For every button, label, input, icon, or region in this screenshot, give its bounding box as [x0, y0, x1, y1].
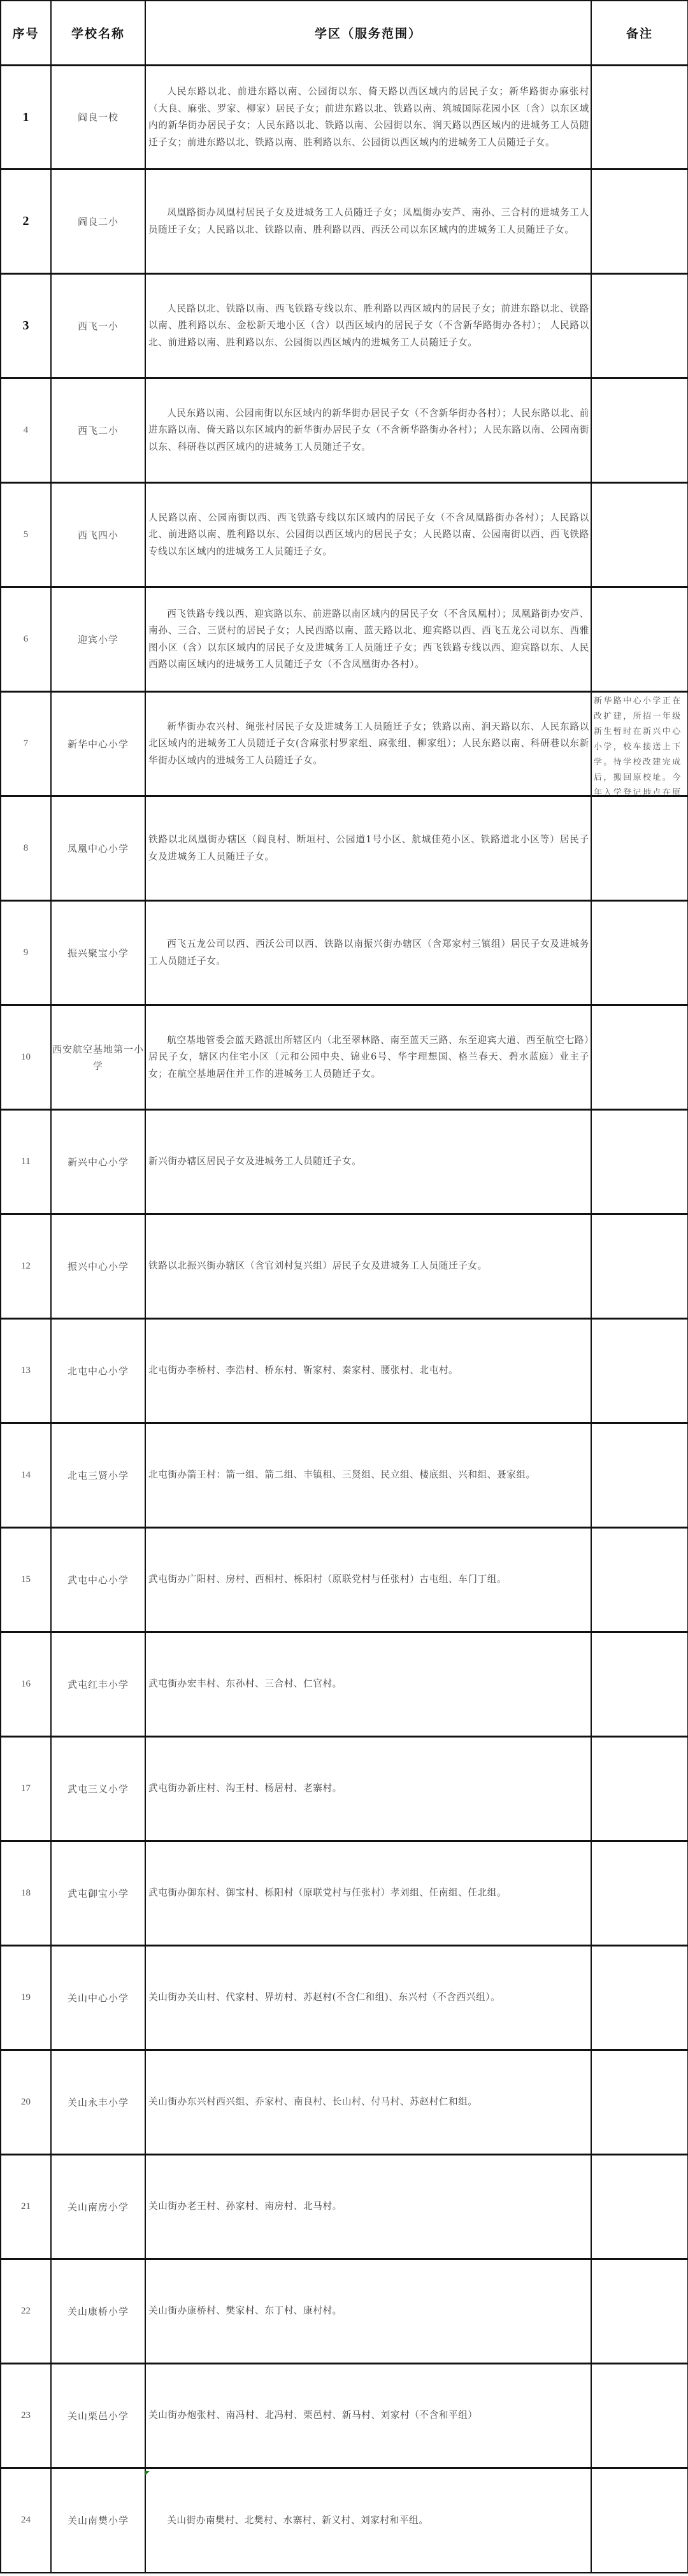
remark-cell [591, 901, 688, 1005]
row-number: 8 [1, 796, 51, 901]
remark-text [594, 2052, 685, 2153]
row-number: 14 [1, 1423, 51, 1528]
header-district: 学区（服务范围） [145, 1, 591, 66]
school-name: 迎宾小学 [51, 587, 145, 692]
remark-text [594, 380, 685, 481]
table-row: 24关山南樊小学关山街办南樊村、北樊村、水寨村、新义村、刘家村和平组。 [1, 2468, 688, 2573]
table-row: 14北屯三贤小学北屯街办箭王村：箭一组、箭二组、丰镇租、三贤组、民立组、楼底组、… [1, 1423, 688, 1528]
school-name: 阎良一校 [51, 66, 145, 169]
remark-cell [591, 169, 688, 274]
remark-cell [591, 2050, 688, 2155]
table-row: 2阎良二小凤凰路街办凤凰村居民子女及进城务工人员随迁子女；凤凰街办安芦、南孙、三… [1, 169, 688, 274]
remark-text [594, 276, 685, 377]
table-row: 18武屯御宝小学武屯街办御东村、御宝村、栎阳村（原联党村与任张村）孝刘组、任南组… [1, 1841, 688, 1946]
remark-cell [591, 483, 688, 587]
school-name: 武屯三义小学 [51, 1737, 145, 1841]
remark-text [594, 1007, 685, 1108]
header-no: 序号 [1, 1, 51, 66]
row-number: 9 [1, 901, 51, 1005]
row-number: 16 [1, 1632, 51, 1737]
district-scope: 北屯街办箭王村：箭一组、箭二组、丰镇租、三贤组、民立组、楼底组、兴和组、聂家组。 [145, 1423, 591, 1528]
school-name: 关山栗邑小学 [51, 2364, 145, 2468]
school-name: 凤凰中心小学 [51, 796, 145, 901]
remark-cell [591, 2468, 688, 2573]
row-number: 23 [1, 2364, 51, 2468]
remark-cell: 新华路中心小学正在改扩建，所招一年级新生暂时在新兴中心小学，校车接送上下学。待学… [591, 692, 688, 796]
remark-cell [591, 66, 688, 169]
table-row: 23关山栗邑小学关山街办炮张村、南冯村、北冯村、栗邑村、新马村、刘家村（不含和平… [1, 2364, 688, 2468]
table-row: 5西飞四小人民路以南、公园南街以西、西飞铁路专线以东区域内的居民子女（不含凤凰路… [1, 483, 688, 587]
row-number: 5 [1, 483, 51, 587]
remark-cell [591, 274, 688, 378]
remark-cell [591, 2364, 688, 2468]
school-name: 振兴聚宝小学 [51, 901, 145, 1005]
school-name: 西飞一小 [51, 274, 145, 378]
table-row: 3西飞一小人民路以北、铁路以南、西飞铁路专线以东、胜利路以西区域内的居民子女；前… [1, 274, 688, 378]
row-number: 4 [1, 378, 51, 483]
row-number: 10 [1, 1005, 51, 1110]
remark-cell [591, 1632, 688, 1737]
remark-cell [591, 2155, 688, 2259]
remark-cell [591, 1528, 688, 1632]
row-number: 15 [1, 1528, 51, 1632]
table-row: 9振兴聚宝小学西飞五龙公司以西、西沃公司以西、铁路以南振兴街办辖区（含郑家村三镇… [1, 901, 688, 1005]
remark-text [594, 68, 685, 168]
district-scope: 凤凰路街办凤凰村居民子女及进城务工人员随迁子女；凤凰街办安芦、南孙、三合村的进城… [145, 169, 591, 274]
school-name: 关山中心小学 [51, 1946, 145, 2050]
table-row: 19关山中心小学关山街办关山村、代家村、界坊村、苏赵村(不含仁和组)、东兴村（不… [1, 1946, 688, 2050]
table-row: 16武屯红丰小学武屯街办宏丰村、东孙村、三合村、仁官村。 [1, 1632, 688, 1737]
district-scope: 西飞五龙公司以西、西沃公司以西、铁路以南振兴街办辖区（含郑家村三镇组）居民子女及… [145, 901, 591, 1005]
remark-cell [591, 1110, 688, 1214]
remark-text: 新华路中心小学正在改扩建，所招一年级新生暂时在新兴中心小学，校车接送上下学。待学… [594, 694, 685, 795]
table-row: 20关山永丰小学关山街办东兴村西兴组、乔家村、南良村、长山村、付马村、苏赵村仁和… [1, 2050, 688, 2155]
remark-cell [591, 1737, 688, 1841]
school-name: 关山康桥小学 [51, 2259, 145, 2364]
remark-cell [591, 1841, 688, 1946]
row-number: 3 [1, 274, 51, 378]
district-scope: 关山街办东兴村西兴组、乔家村、南良村、长山村、付马村、苏赵村仁和组。 [145, 2050, 591, 2155]
table-row: 13北屯中心小学北屯街办李桥村、李浩村、桥东村、靳家村、秦家村、腰张村、北屯村。 [1, 1319, 688, 1423]
table-row: 21关山南房小学关山街办老王村、孙家村、南房村、北马村。 [1, 2155, 688, 2259]
school-name: 关山南房小学 [51, 2155, 145, 2259]
remark-text [594, 171, 685, 272]
remark-cell [591, 2259, 688, 2364]
district-scope: 西飞铁路专线以西、迎宾路以东、前进路以南区域内的居民子女（不含凤凰村）；凤凰路街… [145, 587, 591, 692]
remark-cell [591, 1005, 688, 1110]
row-number: 17 [1, 1737, 51, 1841]
district-scope: 人民东路以北、前进东路以南、公园街以东、倚天路以西区域内的居民子女；新华路街办麻… [145, 66, 591, 169]
remark-text [594, 2261, 685, 2362]
school-name: 西安航空基地第一小学 [51, 1005, 145, 1110]
remark-text [594, 1216, 685, 1317]
table-row: 22关山康桥小学关山街办康桥村、樊家村、东丁村、康村村。 [1, 2259, 688, 2364]
school-name: 武屯御宝小学 [51, 1841, 145, 1946]
school-name: 阎良二小 [51, 169, 145, 274]
cell-error-indicator-icon [145, 2471, 150, 2475]
district-scope: 铁路以北凤凰街办辖区（阎良村、断垣村、公园道1号小区、航城佳苑小区、铁路道北小区… [145, 796, 591, 901]
row-number: 11 [1, 1110, 51, 1214]
school-name: 关山永丰小学 [51, 2050, 145, 2155]
remark-text [594, 1948, 685, 2048]
table-row: 7新华中心小学新华街办农兴村、绳张村居民子女及进城务工人员随迁子女；铁路以南、润… [1, 692, 688, 796]
table-header-row: 序号 学校名称 学区（服务范围） 备注 [1, 1, 688, 66]
district-scope: 关山街办炮张村、南冯村、北冯村、栗邑村、新马村、刘家村（不含和平组） [145, 2364, 591, 2468]
table-row: 1阎良一校人民东路以北、前进东路以南、公园街以东、倚天路以西区域内的居民子女；新… [1, 66, 688, 169]
district-scope: 铁路以北振兴街办辖区（含官刘村复兴组）居民子女及进城务工人员随迁子女。 [145, 1214, 591, 1319]
header-school-name: 学校名称 [51, 1, 145, 66]
row-number: 13 [1, 1319, 51, 1423]
table-row: 15武屯中心小学武屯街办广阳村、房村、西相村、栎阳村（原联党村与任张村）古屯组、… [1, 1528, 688, 1632]
school-district-table: 序号 学校名称 学区（服务范围） 备注 1阎良一校人民东路以北、前进东路以南、公… [0, 0, 688, 2573]
district-scope: 新兴街办辖区居民子女及进城务工人员随迁子女。 [145, 1110, 591, 1214]
school-name: 西飞二小 [51, 378, 145, 483]
table-row: 12振兴中心小学铁路以北振兴街办辖区（含官刘村复兴组）居民子女及进城务工人员随迁… [1, 1214, 688, 1319]
remark-text [594, 2470, 685, 2571]
remark-cell [591, 378, 688, 483]
district-scope: 武屯街办宏丰村、东孙村、三合村、仁官村。 [145, 1632, 591, 1737]
school-name: 新华中心小学 [51, 692, 145, 796]
district-scope: 武屯街办广阳村、房村、西相村、栎阳村（原联党村与任张村）古屯组、车门丁组。 [145, 1528, 591, 1632]
remark-cell [591, 1319, 688, 1423]
remark-cell [591, 1214, 688, 1319]
remark-cell [591, 796, 688, 901]
remark-text [594, 1843, 685, 1944]
school-name: 武屯中心小学 [51, 1528, 145, 1632]
table-row: 17武屯三义小学武屯街办新庄村、沟王村、杨居村、老寨村。 [1, 1737, 688, 1841]
row-number: 7 [1, 692, 51, 796]
remark-text [594, 2157, 685, 2257]
row-number: 22 [1, 2259, 51, 2364]
row-number: 18 [1, 1841, 51, 1946]
remark-text [594, 903, 685, 1004]
row-number: 12 [1, 1214, 51, 1319]
school-name: 北屯三贤小学 [51, 1423, 145, 1528]
district-scope: 关山街办康桥村、樊家村、东丁村、康村村。 [145, 2259, 591, 2364]
remark-text [594, 485, 685, 586]
table-row: 6迎宾小学西飞铁路专线以西、迎宾路以东、前进路以南区域内的居民子女（不含凤凰村）… [1, 587, 688, 692]
row-number: 6 [1, 587, 51, 692]
header-note: 备注 [591, 1, 688, 66]
district-scope: 关山街办关山村、代家村、界坊村、苏赵村(不含仁和组)、东兴村（不含西兴组）。 [145, 1946, 591, 2050]
school-name: 西飞四小 [51, 483, 145, 587]
district-scope: 人民路以北、铁路以南、西飞铁路专线以东、胜利路以西区域内的居民子女；前进东路以北… [145, 274, 591, 378]
row-number: 19 [1, 1946, 51, 2050]
remark-text [594, 1425, 685, 1526]
remark-text [594, 1321, 685, 1421]
row-number: 24 [1, 2468, 51, 2573]
school-name: 新兴中心小学 [51, 1110, 145, 1214]
remark-cell [591, 1946, 688, 2050]
row-number: 1 [1, 66, 51, 169]
district-scope: 新华街办农兴村、绳张村居民子女及进城务工人员随迁子女；铁路以南、润天路以东、人民… [145, 692, 591, 796]
table-row: 8凤凰中心小学铁路以北凤凰街办辖区（阎良村、断垣村、公园道1号小区、航城佳苑小区… [1, 796, 688, 901]
district-scope: 武屯街办御东村、御宝村、栎阳村（原联党村与任张村）孝刘组、任南组、任北组。 [145, 1841, 591, 1946]
remark-text [594, 1530, 685, 1630]
school-name: 振兴中心小学 [51, 1214, 145, 1319]
table-row: 11新兴中心小学新兴街办辖区居民子女及进城务工人员随迁子女。 [1, 1110, 688, 1214]
district-scope: 武屯街办新庄村、沟王村、杨居村、老寨村。 [145, 1737, 591, 1841]
district-scope: 关山街办老王村、孙家村、南房村、北马村。 [145, 2155, 591, 2259]
remark-text [594, 1739, 685, 1839]
district-scope: 北屯街办李桥村、李浩村、桥东村、靳家村、秦家村、腰张村、北屯村。 [145, 1319, 591, 1423]
row-number: 21 [1, 2155, 51, 2259]
table-row: 10西安航空基地第一小学航空基地管委会蓝天路派出所辖区内（北至翠林路、南至蓝天三… [1, 1005, 688, 1110]
district-scope: 航空基地管委会蓝天路派出所辖区内（北至翠林路、南至蓝天三路、东至迎宾大道、西至航… [145, 1005, 591, 1110]
remark-text [594, 2366, 685, 2466]
remark-text [594, 1634, 685, 1735]
district-scope: 关山街办南樊村、北樊村、水寨村、新义村、刘家村和平组。 [145, 2468, 591, 2573]
remark-cell [591, 587, 688, 692]
remark-text [594, 1112, 685, 1212]
school-name: 武屯红丰小学 [51, 1632, 145, 1737]
remark-text [594, 798, 685, 899]
school-name: 北屯中心小学 [51, 1319, 145, 1423]
remark-text [594, 589, 685, 690]
district-scope: 人民路以南、公园南街以西、西飞铁路专线以东区域内的居民子女（不含凤凰路街办各村）… [145, 483, 591, 587]
district-scope: 人民东路以南、公园南街以东区域内的新华街办居民子女（不含新华街办各村）；人民东路… [145, 378, 591, 483]
row-number: 2 [1, 169, 51, 274]
school-name: 关山南樊小学 [51, 2468, 145, 2573]
remark-cell [591, 1423, 688, 1528]
table-row: 4西飞二小人民东路以南、公园南街以东区域内的新华街办居民子女（不含新华街办各村）… [1, 378, 688, 483]
row-number: 20 [1, 2050, 51, 2155]
